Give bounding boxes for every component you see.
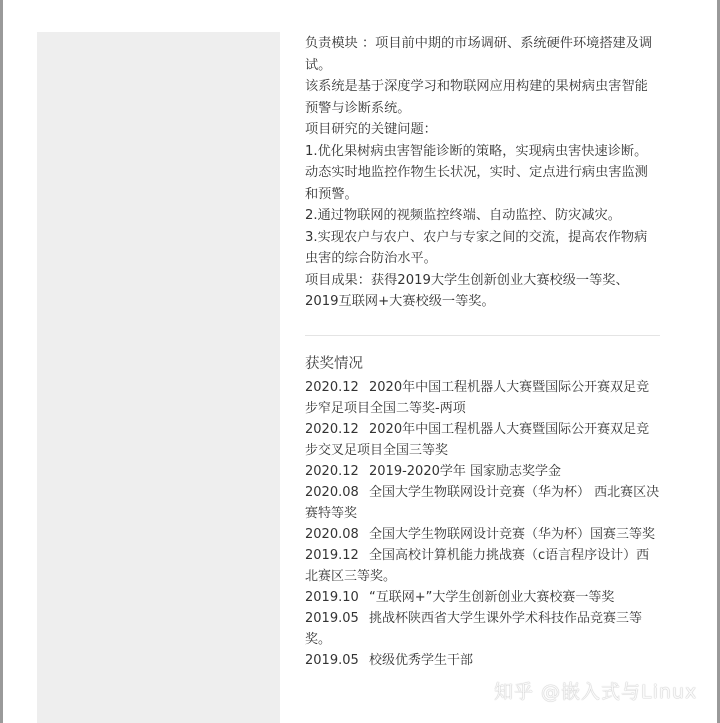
award-text: 全国大学生物联网设计竞赛（华为杯）国赛三等奖 [369, 527, 655, 542]
award-date: 2019.12 [305, 545, 369, 566]
project-line: 2.通过物联网的视频监控终端、自动监控、防灾减灾。 [305, 205, 660, 227]
project-line: 负责模块 ：项目前中期的市场调研、系统硬件环境搭建及调试。 [305, 33, 660, 76]
award-text: “互联网+”大学生创新创业大赛校赛一等奖 [369, 590, 614, 605]
award-item: 2020.122020年中国工程机器人大赛暨国际公开赛双足竞步窄足项目全国二等奖… [305, 377, 660, 419]
left-sidebar-panel [37, 32, 280, 723]
project-line: 项目研究的关键问题： [305, 119, 660, 141]
project-line: 该系统是基于深度学习和物联网应用构建的果树病虫害智能预警与诊断系统。 [305, 76, 660, 119]
resume-content: 负责模块 ：项目前中期的市场调研、系统硬件环境搭建及调试。 该系统是基于深度学习… [305, 33, 660, 671]
award-text: 2019-2020学年 国家励志奖学金 [369, 464, 561, 479]
award-item: 2020.122020年中国工程机器人大赛暨国际公开赛双足竞步交叉足项目全国三等… [305, 419, 660, 461]
award-text: 校级优秀学生干部 [369, 653, 473, 668]
section-divider [305, 335, 660, 336]
project-line: 项目成果：获得2019大学生创新创业大赛校级一等奖、2019互联网+大赛校级一等… [305, 270, 660, 313]
award-date: 2020.12 [305, 461, 369, 482]
award-item: 2020.08全国大学生物联网设计竞赛（华为杯） 西北赛区决赛特等奖 [305, 482, 660, 524]
award-date: 2020.08 [305, 482, 369, 503]
page-edge-left [0, 0, 3, 723]
award-item: 2019.05校级优秀学生干部 [305, 650, 660, 671]
award-item: 2019.10“互联网+”大学生创新创业大赛校赛一等奖 [305, 587, 660, 608]
award-date: 2019.05 [305, 608, 369, 629]
award-date: 2020.12 [305, 377, 369, 398]
awards-section-title: 获奖情况 [305, 354, 660, 374]
awards-list: 2020.122020年中国工程机器人大赛暨国际公开赛双足竞步窄足项目全国二等奖… [305, 377, 660, 671]
award-item: 2020.08全国大学生物联网设计竞赛（华为杯）国赛三等奖 [305, 524, 660, 545]
award-date: 2019.10 [305, 587, 369, 608]
award-date: 2020.12 [305, 419, 369, 440]
award-date: 2020.08 [305, 524, 369, 545]
award-item: 2020.122019-2020学年 国家励志奖学金 [305, 461, 660, 482]
project-line: 1.优化果树病虫害智能诊断的策略，实现病虫害快速诊断。动态实时地监控作物生长状况… [305, 141, 660, 206]
zhihu-watermark: 知乎 @嵌入式与Linux [494, 677, 697, 704]
award-item: 2019.12全国高校计算机能力挑战赛（c语言程序设计）西北赛区三等奖。 [305, 545, 660, 587]
project-description: 负责模块 ：项目前中期的市场调研、系统硬件环境搭建及调试。 该系统是基于深度学习… [305, 33, 660, 313]
award-item: 2019.05挑战杯陕西省大学生课外学术科技作品竞赛三等奖。 [305, 608, 660, 650]
award-date: 2019.05 [305, 650, 369, 671]
project-line: 3.实现农户与农户、农户与专家之间的交流，提高农作物病虫害的综合防治水平。 [305, 227, 660, 270]
